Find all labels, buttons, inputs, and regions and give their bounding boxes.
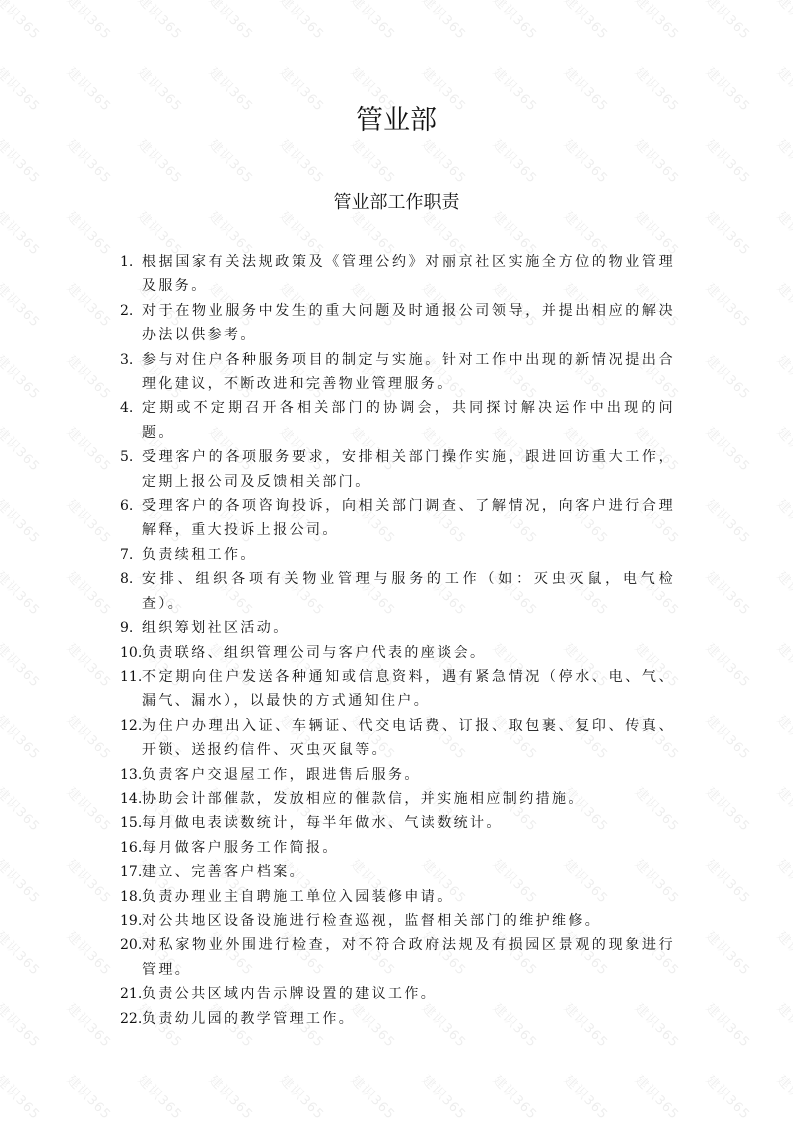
duty-item-14: 14.协助会计部催款，发放相应的催款信，并实施相应制约措施。 xyxy=(120,787,675,811)
duty-number: 10. xyxy=(120,641,142,665)
duty-text: 根据国家有关法规政策及《管理公约》对丽京社区实施全方位的物业管理及服务。 xyxy=(120,250,675,299)
duty-item-19: 19.对公共地区设备设施进行检查巡视，监督相关部门的维护维修。 xyxy=(120,909,675,933)
duty-item-13: 13.负责客户交退屋工作，跟进售后服务。 xyxy=(120,763,675,787)
duty-text: 组织筹划社区活动。 xyxy=(120,616,675,640)
duty-number: 2. xyxy=(120,299,133,323)
duty-text: 负责办理业主自聘施工单位入园装修申请。 xyxy=(120,885,675,909)
duty-item-18: 18.负责办理业主自聘施工单位入园装修申请。 xyxy=(120,885,675,909)
duty-item-3: 3.参与对住户各种服务项目的制定与实施。针对工作中出现的新情况提出合理化建议，不… xyxy=(120,348,675,397)
duty-item-12: 12.为住户办理出入证、车辆证、代交电话费、订报、取包裹、复印、传真、开锁、送报… xyxy=(120,714,675,763)
duty-number: 9. xyxy=(120,616,133,640)
duty-number: 17. xyxy=(120,860,142,884)
duty-number: 6. xyxy=(120,494,133,518)
duty-item-22: 22.负责幼儿园的教学管理工作。 xyxy=(120,1007,675,1031)
duty-item-7: 7.负责续租工作。 xyxy=(120,543,675,567)
duty-text: 负责续租工作。 xyxy=(120,543,675,567)
duty-number: 4. xyxy=(120,396,133,420)
document-title: 管业部 xyxy=(0,98,793,137)
duty-text: 协助会计部催款，发放相应的催款信，并实施相应制约措施。 xyxy=(120,787,675,811)
duty-text: 每月做电表读数统计，每半年做水、气读数统计。 xyxy=(120,811,675,835)
duty-number: 18. xyxy=(120,885,142,909)
duty-text: 受理客户的各项服务要求，安排相关部门操作实施，跟进回访重大工作，定期上报公司及反… xyxy=(120,445,675,494)
duty-text: 建立、完善客户档案。 xyxy=(120,860,675,884)
duty-number: 11. xyxy=(120,665,142,689)
duty-text: 负责客户交退屋工作，跟进售后服务。 xyxy=(120,763,675,787)
duty-number: 8. xyxy=(120,567,133,591)
duty-text: 为住户办理出入证、车辆证、代交电话费、订报、取包裹、复印、传真、开锁、送报约信件… xyxy=(120,714,675,763)
duty-number: 15. xyxy=(120,811,142,835)
duty-item-10: 10.负责联络、组织管理公司与客户代表的座谈会。 xyxy=(120,641,675,665)
duty-text: 对私家物业外围进行检查，对不符合政府法规及有损园区景观的现象进行管理。 xyxy=(120,933,675,982)
duty-item-8: 8.安排、组织各项有关物业管理与服务的工作（如：灭虫灭鼠，电气检查）。 xyxy=(120,567,675,616)
duty-text: 负责联络、组织管理公司与客户代表的座谈会。 xyxy=(120,641,675,665)
duty-item-21: 21.负责公共区域内告示牌设置的建议工作。 xyxy=(120,982,675,1006)
duty-text: 受理客户的各项咨询投诉，向相关部门调查、了解情况，向客户进行合理解释，重大投诉上… xyxy=(120,494,675,543)
duty-item-11: 11.不定期向住户发送各种通知或信息资料，遇有紧急情况（停水、电、气、漏气、漏水… xyxy=(120,665,675,714)
duty-text: 每月做客户服务工作简报。 xyxy=(120,836,675,860)
document-page: 管业部 管业部工作职责 1.根据国家有关法规政策及《管理公约》对丽京社区实施全方… xyxy=(0,0,793,1122)
duty-item-16: 16.每月做客户服务工作简报。 xyxy=(120,836,675,860)
duty-number: 12. xyxy=(120,714,142,738)
duty-number: 1. xyxy=(120,250,133,274)
duty-item-1: 1.根据国家有关法规政策及《管理公约》对丽京社区实施全方位的物业管理及服务。 xyxy=(120,250,675,299)
duty-number: 20. xyxy=(120,933,142,957)
duty-number: 22. xyxy=(120,1007,142,1031)
duty-text: 对于在物业服务中发生的重大问题及时通报公司领导，并提出相应的解决办法以供参考。 xyxy=(120,299,675,348)
section-heading: 管业部工作职责 xyxy=(0,188,793,214)
duty-number: 19. xyxy=(120,909,142,933)
duty-text: 参与对住户各种服务项目的制定与实施。针对工作中出现的新情况提出合理化建议，不断改… xyxy=(120,348,675,397)
duty-item-9: 9.组织筹划社区活动。 xyxy=(120,616,675,640)
duty-number: 21. xyxy=(120,982,142,1006)
duty-number: 16. xyxy=(120,836,142,860)
duty-list: 1.根据国家有关法规政策及《管理公约》对丽京社区实施全方位的物业管理及服务。 2… xyxy=(120,250,675,1031)
duty-item-17: 17.建立、完善客户档案。 xyxy=(120,860,675,884)
duty-number: 14. xyxy=(120,787,142,811)
duty-item-2: 2.对于在物业服务中发生的重大问题及时通报公司领导，并提出相应的解决办法以供参考… xyxy=(120,299,675,348)
duty-text: 负责公共区域内告示牌设置的建议工作。 xyxy=(120,982,675,1006)
duty-text: 负责幼儿园的教学管理工作。 xyxy=(120,1007,675,1031)
duty-item-6: 6.受理客户的各项咨询投诉，向相关部门调查、了解情况，向客户进行合理解释，重大投… xyxy=(120,494,675,543)
duty-item-15: 15.每月做电表读数统计，每半年做水、气读数统计。 xyxy=(120,811,675,835)
duty-item-5: 5.受理客户的各项服务要求，安排相关部门操作实施，跟进回访重大工作，定期上报公司… xyxy=(120,445,675,494)
duty-text: 安排、组织各项有关物业管理与服务的工作（如：灭虫灭鼠，电气检查）。 xyxy=(120,567,675,616)
duty-text: 不定期向住户发送各种通知或信息资料，遇有紧急情况（停水、电、气、漏气、漏水），以… xyxy=(120,665,675,714)
duty-number: 3. xyxy=(120,348,133,372)
duty-text: 对公共地区设备设施进行检查巡视，监督相关部门的维护维修。 xyxy=(120,909,675,933)
duty-number: 5. xyxy=(120,445,133,469)
duty-item-20: 20.对私家物业外围进行检查，对不符合政府法规及有损园区景观的现象进行管理。 xyxy=(120,933,675,982)
duty-text: 定期或不定期召开各相关部门的协调会，共同探讨解决运作中出现的问题。 xyxy=(120,396,675,445)
duty-number: 7. xyxy=(120,543,133,567)
duty-item-4: 4.定期或不定期召开各相关部门的协调会，共同探讨解决运作中出现的问题。 xyxy=(120,396,675,445)
duty-number: 13. xyxy=(120,763,142,787)
